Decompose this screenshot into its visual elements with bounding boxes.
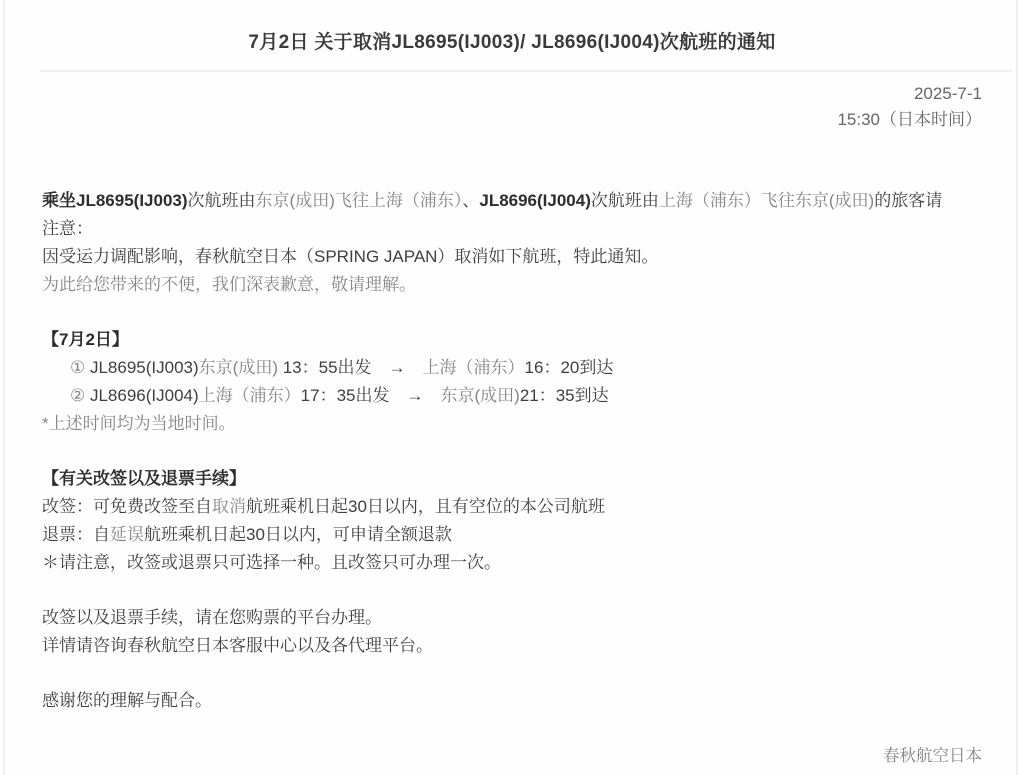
text-segment: ① bbox=[70, 358, 85, 377]
text-segment: 【7月2日】 bbox=[42, 330, 129, 349]
text-line: 退票：自延误航班乘机日起30日以内，可申请全额退款 bbox=[42, 521, 982, 549]
notice-page: 7月2日 关于取消JL8695(IJ003)/ JL8696(IJ004)次航班… bbox=[0, 0, 1024, 775]
signature: 春秋航空日本 bbox=[0, 742, 1024, 766]
page-title: 7月2日 关于取消JL8695(IJ003)/ JL8696(IJ004)次航班… bbox=[40, 31, 984, 55]
text-segment: 【有关改签以及退票手续】 bbox=[42, 469, 246, 488]
text-segment: 东京(成田) bbox=[440, 386, 519, 405]
text-segment: 上海（浦东） bbox=[423, 358, 525, 377]
text-segment: JL8696(IJ004) bbox=[479, 191, 591, 210]
text-line: 注意： bbox=[42, 215, 982, 243]
text-line: 【有关改签以及退票手续】 bbox=[42, 465, 982, 493]
paragraph-schedule: 【7月2日】① JL8695(IJ003)东京(成田) 13：55出发 → 上海… bbox=[42, 326, 982, 438]
text-segment: 上海（浦东）飞往东京(成田) bbox=[659, 191, 874, 210]
text-line: 详情请咨询春秋航空日本客服中心以及各代理平台。 bbox=[42, 632, 982, 660]
text-segment: → bbox=[372, 358, 423, 377]
text-segment: 为此给您带来的不便，我们深表歉意，敬请理解。 bbox=[42, 275, 416, 294]
text-segment: 乘坐JL8695(IJ003) bbox=[42, 191, 188, 210]
text-segment: 感谢您的理解与配合。 bbox=[42, 691, 212, 710]
publish-time: 15:30（日本时间） bbox=[0, 107, 982, 133]
text-segment: 13：55出发 bbox=[278, 358, 372, 377]
text-segment: 改签以及退票手续，请在您购票的平台办理。 bbox=[42, 608, 382, 627]
text-segment: JL8695(IJ003) bbox=[85, 358, 198, 377]
text-line: ② JL8696(IJ004)上海（浦东）17：35出发 → 东京(成田)21：… bbox=[42, 382, 982, 410]
text-segment: 21：35到达 bbox=[520, 386, 609, 405]
text-segment: 的旅客请 bbox=[874, 191, 942, 210]
text-segment: 航班乘机日起30日以内，且有空位的本公司航班 bbox=[246, 497, 605, 516]
text-line: 改签：可免费改签至自取消航班乘机日起30日以内，且有空位的本公司航班 bbox=[42, 493, 982, 521]
date-block: 2025-7-1 15:30（日本时间） bbox=[0, 81, 1024, 133]
text-segment: 取消 bbox=[212, 497, 246, 516]
notice-body: 乘坐JL8695(IJ003)次航班由东京(成田)飞往上海（浦东）、JL8696… bbox=[0, 187, 1024, 715]
text-segment: 详情请咨询春秋航空日本客服中心以及各代理平台。 bbox=[42, 636, 433, 655]
text-segment: 东京(成田)飞往上海（浦东） bbox=[256, 191, 463, 210]
text-segment: *上述时间均为当地时间。 bbox=[42, 414, 236, 433]
paragraph-handling: 改签以及退票手续，请在您购票的平台办理。详情请咨询春秋航空日本客服中心以及各代理… bbox=[42, 604, 982, 660]
text-segment: 17：35出发 bbox=[301, 386, 390, 405]
text-segment: 航班乘机日起30日以内，可申请全额退款 bbox=[144, 525, 452, 544]
page-right-border bbox=[1016, 0, 1018, 775]
text-segment: 改签：可免费改签至自 bbox=[42, 497, 212, 516]
text-line: ＊请注意，改签或退票只可选择一种。且改签只可办理一次。 bbox=[42, 549, 982, 577]
text-segment: 、 bbox=[462, 191, 479, 210]
text-segment: → bbox=[389, 386, 440, 405]
text-segment: 次航班由 bbox=[591, 191, 659, 210]
text-segment: 次航班由 bbox=[188, 191, 256, 210]
text-line: 乘坐JL8695(IJ003)次航班由东京(成田)飞往上海（浦东）、JL8696… bbox=[42, 187, 982, 215]
paragraph-thanks: 感谢您的理解与配合。 bbox=[42, 687, 982, 715]
paragraph-intro: 乘坐JL8695(IJ003)次航班由东京(成田)飞往上海（浦东）、JL8696… bbox=[42, 187, 982, 299]
text-segment: ② bbox=[70, 386, 85, 405]
text-segment: ＊请注意，改签或退票只可选择一种。且改签只可办理一次。 bbox=[42, 553, 501, 572]
text-segment: 延误 bbox=[110, 525, 144, 544]
title-divider bbox=[40, 70, 1012, 72]
text-line: ① JL8695(IJ003)东京(成田) 13：55出发 → 上海（浦东）16… bbox=[42, 354, 982, 382]
text-segment: 因受运力调配影响，春秋航空日本（SPRING JAPAN）取消如下航班，特此通知… bbox=[42, 247, 658, 266]
text-segment: 东京(成田) bbox=[199, 358, 278, 377]
text-segment: 上海（浦东） bbox=[199, 386, 301, 405]
text-line: 因受运力调配影响，春秋航空日本（SPRING JAPAN）取消如下航班，特此通知… bbox=[42, 243, 982, 271]
page-left-border bbox=[3, 0, 5, 775]
text-segment: 注意： bbox=[42, 219, 93, 238]
publish-date: 2025-7-1 bbox=[0, 81, 982, 107]
text-segment: 16：20到达 bbox=[525, 358, 614, 377]
paragraph-procedures: 【有关改签以及退票手续】改签：可免费改签至自取消航班乘机日起30日以内，且有空位… bbox=[42, 465, 982, 577]
text-segment: JL8696(IJ004) bbox=[85, 386, 198, 405]
text-line: 为此给您带来的不便，我们深表歉意，敬请理解。 bbox=[42, 271, 982, 299]
text-line: 【7月2日】 bbox=[42, 326, 982, 354]
text-segment: 退票：自 bbox=[42, 525, 110, 544]
text-line: 改签以及退票手续，请在您购票的平台办理。 bbox=[42, 604, 982, 632]
text-line: 感谢您的理解与配合。 bbox=[42, 687, 982, 715]
text-line: *上述时间均为当地时间。 bbox=[42, 410, 982, 438]
